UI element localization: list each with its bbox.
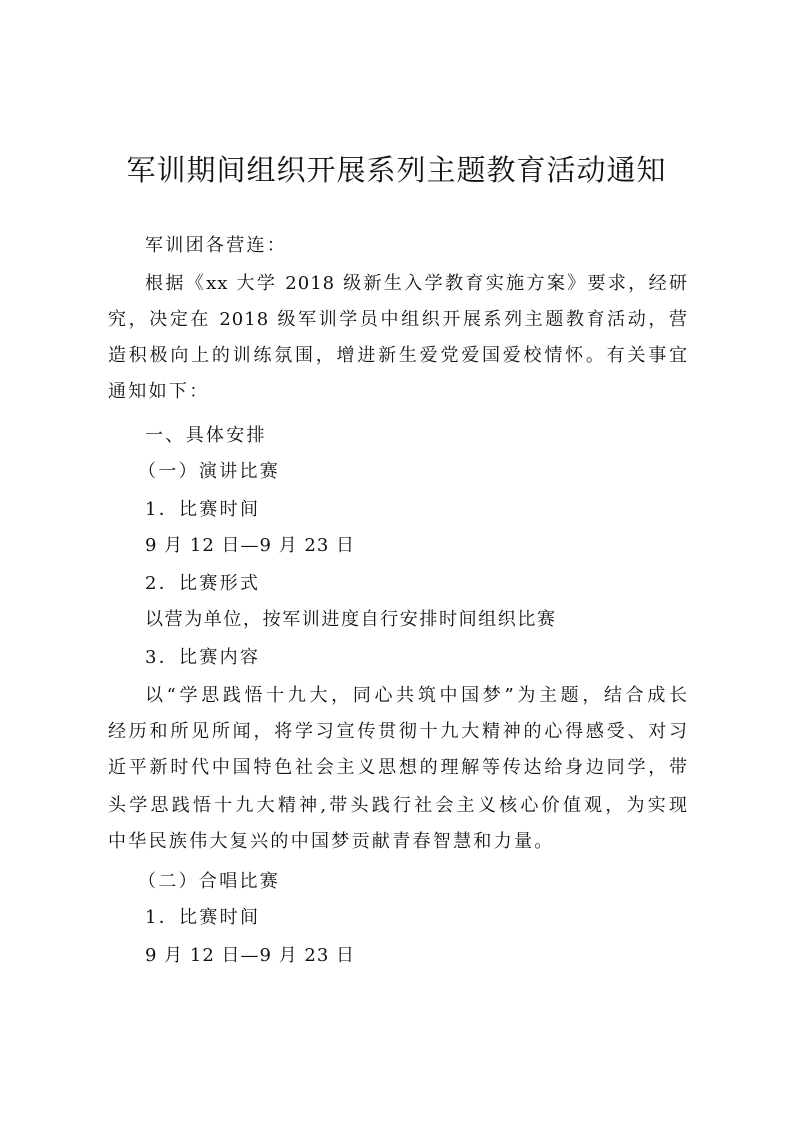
- content-line: 头学思践悟十九大精神,带头践行社会主义核心价值观，为实现: [108, 794, 688, 818]
- document-title: 军训期间组织开展系列主题教育活动通知: [0, 148, 793, 189]
- intro-line: 根据《xx 大学 2018 级新生入学教育实施方案》要求，经研: [145, 272, 688, 296]
- intro-line: 造积极向上的训练氛围，增进新生爱党爱国爱校情怀。有关事宜: [108, 344, 688, 368]
- content-line: 经历和所见所闻，将学习宣传贯彻十九大精神的心得感受、对习: [108, 720, 688, 744]
- subsection-heading: （二）合唱比赛: [138, 870, 718, 894]
- item-value: 9 月 12 日—9 月 23 日: [145, 944, 725, 968]
- salutation: 军训团各营连：: [145, 234, 725, 258]
- item-heading: 1．比赛时间: [145, 498, 725, 522]
- item-heading: 3．比赛内容: [145, 646, 725, 670]
- item-value: 9 月 12 日—9 月 23 日: [145, 534, 725, 558]
- item-heading: 2．比赛形式: [145, 572, 725, 596]
- intro-line: 通知如下：: [108, 380, 688, 404]
- content-line: 中华民族伟大复兴的中国梦贡献青春智慧和力量。: [108, 830, 688, 854]
- intro-line: 究，决定在 2018 级军训学员中组织开展系列主题教育活动，营: [108, 308, 688, 332]
- document-page: 军训期间组织开展系列主题教育活动通知 军训团各营连： 根据《xx 大学 2018…: [0, 0, 793, 1122]
- content-line: 以“学思践悟十九大，同心共筑中国梦”为主题，结合成长: [145, 684, 688, 708]
- section-heading: 一、具体安排: [145, 424, 725, 448]
- content-line: 近平新时代中国特色社会主义思想的理解等传达给身边同学，带: [108, 756, 688, 780]
- subsection-heading: （一）演讲比赛: [138, 460, 718, 484]
- item-value: 以营为单位，按军训进度自行安排时间组织比赛: [145, 608, 725, 632]
- item-heading: 1．比赛时间: [145, 906, 725, 930]
